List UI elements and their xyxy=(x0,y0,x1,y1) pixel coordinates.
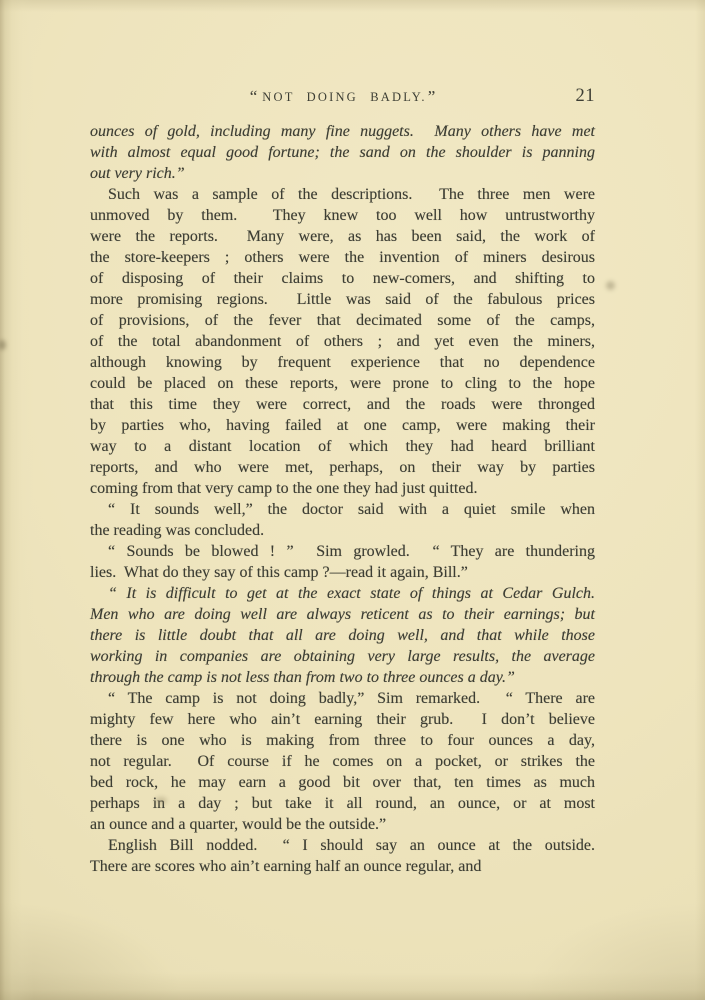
text-line: by parties who, having failed at one cam… xyxy=(90,415,595,436)
text-line: an ounce and a quarter, would be the out… xyxy=(90,814,595,835)
running-title-text: NOT DOING BADLY. xyxy=(262,90,427,104)
text-line: Men who are doing well are always retice… xyxy=(90,604,595,625)
text-line: lies. What do they say of this camp ?—re… xyxy=(90,562,595,583)
book-page-scan: “NOT DOING BADLY.” 21 ounces of gold, in… xyxy=(0,0,705,1000)
paragraph: English Bill nodded. “ I should say an o… xyxy=(90,835,595,877)
text-line: English Bill nodded. “ I should say an o… xyxy=(90,835,595,856)
text-line: mighty few here who ain’t earning their … xyxy=(90,709,595,730)
text-line: “ The camp is not doing badly,” Sim rema… xyxy=(90,688,595,709)
text-line: out very rich.” xyxy=(90,163,595,184)
paragraph: “ It is difficult to get at the exact st… xyxy=(90,583,595,688)
text-line: There are scores who ain’t earning half … xyxy=(90,856,595,877)
text-line: with almost equal good fortune; the sand… xyxy=(90,142,595,163)
text-line: although knowing by frequent experience … xyxy=(90,352,595,373)
paragraph: “ The camp is not doing badly,” Sim rema… xyxy=(90,688,595,835)
paragraph: “ It sounds well,” the doctor said with … xyxy=(90,499,595,541)
text-line: were the reports. Many were, as has been… xyxy=(90,226,595,247)
text-line: not regular. Of course if he comes on a … xyxy=(90,751,595,772)
text-line: the store-keepers ; others were the inve… xyxy=(90,247,595,268)
text-line: “ It is difficult to get at the exact st… xyxy=(90,583,595,604)
text-line: working in companies are obtaining very … xyxy=(90,646,595,667)
text-line: the reading was concluded. xyxy=(90,520,595,541)
close-quote: ” xyxy=(428,87,436,106)
text-line: of the total abandonment of others ; and… xyxy=(90,331,595,352)
text-line: more promising regions. Little was said … xyxy=(90,289,595,310)
paragraph: Such was a sample of the descriptions. T… xyxy=(90,184,595,499)
text-line: could be placed on these reports, were p… xyxy=(90,373,595,394)
paragraph: “ Sounds be blowed ! ” Sim growled. “ Th… xyxy=(90,541,595,583)
text-line: of disposing of their claims to new-come… xyxy=(90,268,595,289)
text-line: coming from that very camp to the one th… xyxy=(90,478,595,499)
open-quote: “ xyxy=(250,87,258,106)
text-line: there is little doubt that all are doing… xyxy=(90,625,595,646)
text-line: bed rock, he may earn a good bit over th… xyxy=(90,772,595,793)
text-line: “ It sounds well,” the doctor said with … xyxy=(90,499,595,520)
text-line: ounces of gold, including many fine nugg… xyxy=(90,121,595,142)
text-line: Such was a sample of the descriptions. T… xyxy=(90,184,595,205)
text-line: “ Sounds be blowed ! ” Sim growled. “ Th… xyxy=(90,541,595,562)
running-title: “NOT DOING BADLY.” xyxy=(90,85,595,109)
text-line: of provisions, of the fever that decimat… xyxy=(90,310,595,331)
text-line: perhaps in a day ; but take it all round… xyxy=(90,793,595,814)
paragraph: ounces of gold, including many fine nugg… xyxy=(90,121,595,184)
text-line: reports, and who were met, perhaps, on t… xyxy=(90,457,595,478)
page-header: “NOT DOING BADLY.” 21 xyxy=(90,85,595,109)
text-line: unmoved by them. They knew too well how … xyxy=(90,205,595,226)
text-line: way to a distant location of which they … xyxy=(90,436,595,457)
text-line: that this time they were correct, and th… xyxy=(90,394,595,415)
paper-speck xyxy=(0,340,6,350)
paper-speck xyxy=(606,281,615,290)
page-text: ounces of gold, including many fine nugg… xyxy=(90,121,595,877)
page-number: 21 xyxy=(576,86,596,106)
text-line: there is one who is making from three to… xyxy=(90,730,595,751)
text-line: through the camp is not less than from t… xyxy=(90,667,595,688)
